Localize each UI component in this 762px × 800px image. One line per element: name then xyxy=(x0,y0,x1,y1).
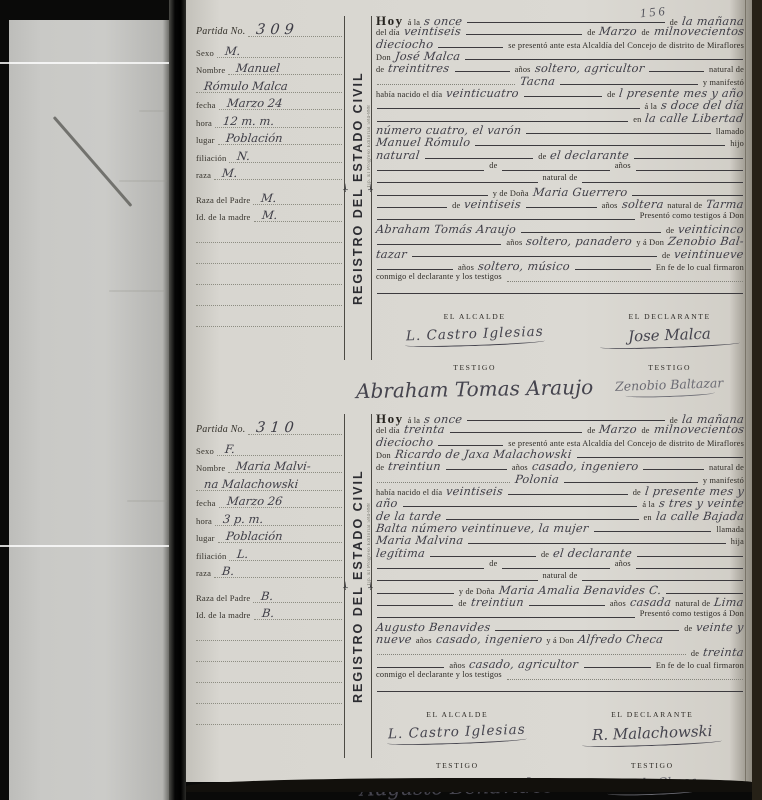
form-line: deaños xyxy=(374,161,746,173)
handwritten-text: Manuel Rómulo xyxy=(373,136,473,149)
pen-stroke xyxy=(521,232,661,233)
alcalde-signature-cell: EL ALCALDEL. Castro Iglesias xyxy=(356,702,559,746)
dotted-leader: M. xyxy=(253,188,342,205)
pen-stroke xyxy=(377,121,628,122)
pen-stroke xyxy=(564,482,697,483)
record-body: Hoyá las oncedela mañanadel díatreintade… xyxy=(374,411,746,799)
sidebar-field-row: NombreMaria Malvi- xyxy=(196,456,342,474)
form-line: legítimadeel declarante xyxy=(374,547,746,559)
printed-text: á la xyxy=(643,102,660,111)
pen-stroke xyxy=(455,71,510,72)
field-label: Nombre xyxy=(196,463,228,473)
handwritten-text: veintiseis xyxy=(462,198,525,211)
dotted-leader xyxy=(196,305,342,306)
handwritten-text: natural xyxy=(373,149,422,162)
form-line: y de DoñaMaria Guerrero xyxy=(374,186,746,198)
empty-dotted-row xyxy=(196,222,342,243)
handwritten-text: casada xyxy=(627,596,674,609)
dotted-leader: Rómulo Malca xyxy=(196,76,342,93)
handwritten-text: la calle Bajada xyxy=(653,510,747,523)
pen-stroke xyxy=(502,170,609,171)
form-line: Manuel Rómulohijo xyxy=(374,136,746,148)
ink-bleedthrough xyxy=(119,180,167,182)
form-line: había nacido el díaveinticuatrodel prese… xyxy=(374,87,746,99)
book-edge xyxy=(752,0,762,800)
field-value: Marzo 24 xyxy=(218,98,283,110)
printed-text: y de Doña xyxy=(457,587,497,596)
handwritten-text: milnovecientos xyxy=(651,423,747,436)
pen-stroke xyxy=(425,158,534,159)
sidebar-field-row: Raza del PadreM. xyxy=(196,187,342,205)
sidebar-field-row: Id. de la madreM. xyxy=(196,205,342,223)
field-label: raza xyxy=(196,568,214,578)
pen-stroke xyxy=(377,108,640,109)
handwritten-text: treintiun xyxy=(468,596,527,609)
dotted-leader xyxy=(196,640,342,641)
dotted-leader: B. xyxy=(253,586,342,603)
form-line: Hoyá las oncedela mañana xyxy=(374,411,746,423)
printed-text: del día xyxy=(374,426,402,435)
field-label: hora xyxy=(196,118,215,128)
printed-text: años xyxy=(504,238,524,247)
empty-dotted-row xyxy=(196,704,342,725)
pen-stroke xyxy=(438,445,503,446)
printed-text: de xyxy=(456,599,468,608)
spine-title: REGISTRO DEL ESTADO CIVIL xyxy=(351,71,365,305)
dotted-leader: N. xyxy=(229,146,342,163)
printed-text: conmigo el declarante y los testigos xyxy=(374,272,504,281)
printed-text: y manifestó xyxy=(701,476,746,485)
dotted-leader: F. xyxy=(217,439,342,456)
left-blank-page xyxy=(9,20,169,800)
dotted-leader: Población xyxy=(218,526,342,543)
pen-stroke xyxy=(412,256,657,257)
pen-stroke xyxy=(594,531,712,532)
sidebar-field-row: hora3 p. m. xyxy=(196,508,342,526)
handwritten-text: milnovecientos xyxy=(651,25,747,38)
pen-stroke xyxy=(466,34,582,35)
pen-stroke xyxy=(377,617,635,618)
empty-dotted-row xyxy=(196,264,342,285)
declarante-signature-cell: EL DECLARANTEJose Malca xyxy=(593,304,746,348)
field-label: Nombre xyxy=(196,65,228,75)
ink-bleedthrough xyxy=(139,110,167,112)
form-line: Abraham Tomás Araujodeveinticinco xyxy=(374,223,746,235)
dotted-leader: M. xyxy=(217,41,342,58)
handwritten-text: soltera xyxy=(619,198,666,211)
form-line: añoá las tres y veinte xyxy=(374,497,746,509)
handwritten-text: s tres y veinte xyxy=(656,497,747,510)
handwritten-text: Maria Guerrero xyxy=(530,186,630,199)
form-line: detreintiunañoscasadanatural deLima xyxy=(374,596,746,608)
record-309: Partida No.309SexoM.NombreManuelRómulo M… xyxy=(186,8,752,404)
handwritten-text: treintiun xyxy=(385,460,444,473)
pen-stroke xyxy=(634,158,743,159)
field-value: F. xyxy=(216,444,235,456)
form-line: tazardeveintinueve xyxy=(374,248,746,260)
form-line: Tacnay manifestó xyxy=(374,75,746,87)
printed-text: natural de xyxy=(541,173,580,182)
field-value: M. xyxy=(216,46,241,58)
record-body: Hoyá las oncedela mañanadel díaveintisei… xyxy=(374,13,746,401)
form-line: dieciochose presentó ante esta Alcaldía … xyxy=(374,38,746,50)
field-value: Rómulo Malca xyxy=(195,81,288,93)
dotted-leader xyxy=(507,679,743,680)
pen-stroke xyxy=(637,556,743,557)
field-label: filiación xyxy=(196,153,229,163)
handwritten-text: de la tarde xyxy=(373,510,444,523)
printed-text: de xyxy=(689,649,701,658)
printed-text: años xyxy=(510,463,530,472)
testigo2-signature-cell: TESTIGOZenobio Baltazar xyxy=(593,355,746,401)
pen-stroke xyxy=(467,420,664,421)
declarante-caption: EL DECLARANTE xyxy=(611,710,693,719)
field-label: Sexo xyxy=(196,48,217,58)
handwritten-text: treintitres xyxy=(385,62,452,75)
partida-label: Partida No. xyxy=(196,26,248,37)
spine-title: REGISTRO DEL ESTADO CIVIL xyxy=(351,469,365,703)
field-value: B. xyxy=(253,591,274,603)
handwritten-text: nueve xyxy=(373,633,414,646)
form-line: Poloniay manifestó xyxy=(374,473,746,485)
dotted-leader: Manuel xyxy=(228,58,342,75)
handwritten-text: la calle Libertad xyxy=(643,112,747,125)
printed-text: natural de xyxy=(541,571,580,580)
sidebar-field-row: filiaciónN. xyxy=(196,145,342,163)
record-sidebar: Partida No.310SexoF.NombreMaria Malvi-na… xyxy=(196,410,342,725)
handwritten-text: Abraham Tomás Araujo xyxy=(373,223,519,236)
sidebar-field-row-cont: Rómulo Malca xyxy=(196,75,342,93)
printer-imprint: Tip. El Progreso Editorial 584-888 xyxy=(367,105,372,188)
empty-dotted-row xyxy=(196,662,342,683)
sidebar-field-row: lugarPoblación xyxy=(196,128,342,146)
dotted-leader: L. xyxy=(229,544,342,561)
printed-text: natural de xyxy=(665,201,704,210)
pen-stroke xyxy=(529,605,605,606)
field-value: 12 m. m. xyxy=(214,116,274,128)
form-line: Presentó como testigos á Don xyxy=(374,211,746,223)
form-line: Maria Malvinahija xyxy=(374,534,746,546)
form-line: del díatreintadeMarzodemilnovecientos xyxy=(374,423,746,435)
ornament-icon: † xyxy=(340,180,351,197)
pen-stroke xyxy=(377,293,743,294)
form-line xyxy=(374,683,746,695)
handwritten-text: Marzo xyxy=(597,423,641,436)
handwritten-text: Maria Amalia Benavides C. xyxy=(496,584,664,597)
field-value: N. xyxy=(229,151,251,163)
handwritten-text: casado, ingeniero xyxy=(433,633,545,646)
handwritten-text: veinte y xyxy=(694,621,747,634)
printed-text: Don xyxy=(374,53,393,62)
declarante-caption: EL DECLARANTE xyxy=(628,312,710,321)
field-value: M. xyxy=(214,168,239,180)
dotted-leader xyxy=(196,326,342,327)
sidebar-field-row: SexoM. xyxy=(196,40,342,58)
testigo1-signature-cell: TESTIGOAbraham Tomas Araujo xyxy=(356,355,593,401)
dotted-leader xyxy=(377,654,686,655)
record-310: Partida No.310SexoF.NombreMaria Malvi-na… xyxy=(186,406,752,800)
dotted-leader: Marzo 24 xyxy=(219,93,342,110)
form-line: deaños xyxy=(374,559,746,571)
handwritten-text: el declarante xyxy=(548,149,633,162)
field-value: M. xyxy=(253,193,278,205)
signature-block: EL ALCALDEL. Castro IglesiasEL DECLARANT… xyxy=(356,304,746,401)
pen-stroke xyxy=(475,145,725,146)
form-line: Balta número veintinueve, la mujerllamad… xyxy=(374,522,746,534)
dotted-leader xyxy=(196,724,342,725)
pen-stroke xyxy=(377,269,453,270)
dotted-leader xyxy=(196,682,342,683)
printed-text: natural de xyxy=(673,599,712,608)
printed-text: había nacido el día xyxy=(374,488,444,497)
pen-stroke xyxy=(446,469,507,470)
handwritten-text: dieciocho xyxy=(373,436,436,449)
printed-text: y á Don xyxy=(544,636,576,645)
handwritten-text: veintiseis xyxy=(443,485,506,498)
dotted-leader: B. xyxy=(254,603,342,620)
signature-flourish xyxy=(600,339,740,350)
empty-dotted-row xyxy=(196,620,342,641)
form-line: DonJosé Malca xyxy=(374,50,746,62)
form-line: Presentó como testigos á Don xyxy=(374,609,746,621)
dotted-leader: M. xyxy=(214,163,342,180)
dotted-leader xyxy=(196,263,342,264)
sidebar-field-row: razaM. xyxy=(196,163,342,181)
pen-stroke xyxy=(575,269,651,270)
sidebar-field-row: lugarPoblación xyxy=(196,526,342,544)
handwritten-text: veinticinco xyxy=(675,223,746,236)
printed-text: años xyxy=(613,559,633,568)
sidebar-field-row: razaB. xyxy=(196,561,342,579)
printed-text: años xyxy=(608,599,628,608)
field-label: fecha xyxy=(196,498,219,508)
printed-text: años xyxy=(613,161,633,170)
printed-text: Hoy xyxy=(374,411,406,427)
handwritten-text: casado, ingeniero xyxy=(529,460,641,473)
form-line: deveintiseisañossolteranatural deTarma xyxy=(374,198,746,210)
handwritten-text: veintinueve xyxy=(671,248,746,261)
pen-stroke xyxy=(438,47,503,48)
printed-text: años xyxy=(414,636,434,645)
printed-text: llamada xyxy=(714,525,746,534)
handwritten-text: Zenobio Bal- xyxy=(665,235,747,248)
form-line: natural de xyxy=(374,571,746,583)
form-line: á las doce del día xyxy=(374,99,746,111)
pen-stroke xyxy=(526,133,710,134)
field-value: na Malachowski xyxy=(195,479,298,491)
pen-stroke xyxy=(508,494,627,495)
handwritten-text: veintiseis xyxy=(401,25,464,38)
dotted-leader xyxy=(377,84,515,85)
field-value: 3 p. m. xyxy=(214,514,263,526)
printed-text: de xyxy=(487,559,499,568)
partida-number: 310 xyxy=(248,421,300,436)
field-label: Raza del Padre xyxy=(196,195,253,205)
pencil-mark xyxy=(53,116,133,207)
pen-stroke xyxy=(377,691,743,692)
form-line: de la tardeenla calle Bajada xyxy=(374,510,746,522)
alcalde-caption: EL ALCALDE xyxy=(444,312,506,321)
handwritten-text: treinta xyxy=(401,423,447,436)
form-line: del díaveintiseisdeMarzodemilnovecientos xyxy=(374,25,746,37)
declarante-signature-cell: EL DECLARANTER. Malachowski xyxy=(559,702,747,746)
pen-stroke xyxy=(582,580,743,581)
printed-text: años xyxy=(456,263,476,272)
sidebar-field-row: filiaciónL. xyxy=(196,543,342,561)
printed-text: Hoy xyxy=(374,13,406,29)
printed-text: y de Doña xyxy=(491,189,531,198)
field-value: Manuel xyxy=(228,63,281,75)
field-label: Sexo xyxy=(196,446,217,456)
form-line: detreinta xyxy=(374,646,746,658)
printed-text: Presentó como testigos á Don xyxy=(638,211,746,220)
pen-stroke xyxy=(377,195,488,196)
form-line: detreintitresañossoltero, agricultornatu… xyxy=(374,62,746,74)
printed-text: había nacido el día xyxy=(374,90,444,99)
testigo-caption: TESTIGO xyxy=(453,363,496,372)
form-line: conmigo el declarante y los testigos xyxy=(374,272,746,284)
printed-text: años xyxy=(513,65,533,74)
pen-stroke xyxy=(377,219,635,220)
pen-stroke xyxy=(467,22,664,23)
printed-text: conmigo el declarante y los testigos xyxy=(374,670,504,679)
dotted-leader: 3 p. m. xyxy=(215,509,342,526)
dotted-leader: B. xyxy=(214,561,342,578)
testigo-caption: TESTIGO xyxy=(631,761,674,770)
pen-stroke xyxy=(495,630,679,631)
printed-text: hija xyxy=(729,537,746,546)
pen-stroke xyxy=(560,84,698,85)
handwritten-text: soltero, músico xyxy=(475,260,572,273)
testigo2-signature-cell: TESTIGOAlfredo Checa xyxy=(559,753,747,799)
pen-stroke xyxy=(446,519,638,520)
sidebar-field-row: Id. de la madreB. xyxy=(196,603,342,621)
partida-row: Partida No.309 xyxy=(196,12,342,37)
sidebar-field-row: Raza del PadreB. xyxy=(196,585,342,603)
printed-text: á la xyxy=(640,500,657,509)
printed-text: hijo xyxy=(728,139,746,148)
pen-stroke xyxy=(636,568,743,569)
dotted-leader: 309 xyxy=(248,20,342,37)
field-value: L. xyxy=(229,549,250,561)
printed-text: se presentó ante esta Alcaldía del Conce… xyxy=(506,41,746,50)
sidebar-field-row: NombreManuel xyxy=(196,58,342,76)
field-label: fecha xyxy=(196,100,219,110)
pen-stroke xyxy=(377,170,484,171)
film-scratch xyxy=(0,545,170,547)
printed-text: de xyxy=(539,550,551,559)
form-line: conmigo el declarante y los testigos xyxy=(374,670,746,682)
dotted-leader: Maria Malvi- xyxy=(228,456,342,473)
handwritten-text: Tarma xyxy=(703,198,746,211)
form-line: enla calle Libertad xyxy=(374,112,746,124)
field-value: Población xyxy=(217,531,283,543)
alcalde-signature-cell: EL ALCALDEL. Castro Iglesias xyxy=(356,304,593,348)
book-gutter xyxy=(169,0,186,800)
field-value: Marzo 26 xyxy=(218,496,283,508)
form-line: dieciochose presentó ante esta Alcaldía … xyxy=(374,436,746,448)
page-torn-edge xyxy=(186,778,752,792)
handwritten-text: soltero, panadero xyxy=(524,235,636,248)
form-line: nueveañoscasado, ingenieroy á DonAlfredo… xyxy=(374,633,746,645)
sidebar-field-row-cont: na Malachowski xyxy=(196,473,342,491)
handwritten-text: veinticuatro xyxy=(443,87,521,100)
dotted-leader xyxy=(196,284,342,285)
handwritten-text: treinta xyxy=(700,646,746,659)
printed-text: de xyxy=(639,426,651,435)
pen-stroke xyxy=(377,182,538,183)
field-label: filiación xyxy=(196,551,229,561)
ornament-icon: † xyxy=(340,578,351,595)
dotted-leader: na Malachowski xyxy=(196,474,342,491)
handwritten-text: Marzo xyxy=(597,25,641,38)
ink-bleedthrough xyxy=(109,290,164,292)
handwritten-text: Lima xyxy=(711,596,746,609)
dotted-leader: 310 xyxy=(248,418,342,435)
scanned-registry-spread: 156 Partida No.309SexoM.NombreManuelRómu… xyxy=(0,0,762,800)
form-line: había nacido el díaveintiseisdel present… xyxy=(374,485,746,497)
testigo-caption: TESTIGO xyxy=(648,363,691,372)
dotted-leader xyxy=(377,482,510,483)
printed-text: de xyxy=(639,28,651,37)
dotted-leader xyxy=(196,661,342,662)
sidebar-field-row: SexoF. xyxy=(196,438,342,456)
field-label: lugar xyxy=(196,135,218,145)
handwritten-text: Augusto Benavides xyxy=(373,621,493,634)
film-scratch xyxy=(0,62,186,64)
form-line: número cuatro, el varónllamado xyxy=(374,124,746,136)
printed-text: llamado xyxy=(714,127,746,136)
dotted-leader xyxy=(196,703,342,704)
sidebar-field-row: fechaMarzo 24 xyxy=(196,93,342,111)
printed-text: del día xyxy=(374,28,402,37)
form-line: añossoltero, músicoEn fe de lo cual firm… xyxy=(374,260,746,272)
form-line: naturaldeel declarante xyxy=(374,149,746,161)
record-sidebar: Partida No.309SexoM.NombreManuelRómulo M… xyxy=(196,12,342,327)
handwritten-text: soltero, agricultor xyxy=(532,62,647,75)
dotted-leader: 12 m. m. xyxy=(215,111,342,128)
pen-stroke xyxy=(502,568,609,569)
dotted-leader: M. xyxy=(254,205,342,222)
form-line: Augusto Benavidesdeveinte y xyxy=(374,621,746,633)
dotted-leader: Población xyxy=(218,128,342,145)
pen-stroke xyxy=(430,556,536,557)
pen-stroke xyxy=(577,457,743,458)
printed-text: de xyxy=(487,161,499,170)
handwritten-text: año xyxy=(373,497,400,510)
printed-text: de xyxy=(631,488,643,497)
pen-stroke xyxy=(377,667,444,668)
field-label: Raza del Padre xyxy=(196,593,253,603)
field-label: Id. de la madre xyxy=(196,212,254,222)
form-line: añoscasado, agricultorEn fe de lo cual f… xyxy=(374,658,746,670)
handwritten-text: Polonia xyxy=(513,473,563,486)
empty-dotted-row xyxy=(196,306,342,327)
testigo1-signature-cell: TESTIGOAugusto Benavides xyxy=(356,753,559,799)
printed-text: natural de xyxy=(707,65,746,74)
handwritten-text: Alfredo Checa xyxy=(575,633,666,646)
empty-dotted-row xyxy=(196,683,342,704)
pen-stroke xyxy=(643,469,704,470)
field-value: M. xyxy=(253,210,278,222)
field-label: raza xyxy=(196,170,214,180)
pen-stroke xyxy=(468,543,725,544)
pen-stroke xyxy=(526,207,596,208)
field-label: Id. de la madre xyxy=(196,610,254,620)
printer-imprint: Tip. El Progreso Editorial 584-888 xyxy=(367,503,372,586)
ink-bleedthrough xyxy=(127,500,167,502)
printed-text: y á Don xyxy=(634,238,666,247)
